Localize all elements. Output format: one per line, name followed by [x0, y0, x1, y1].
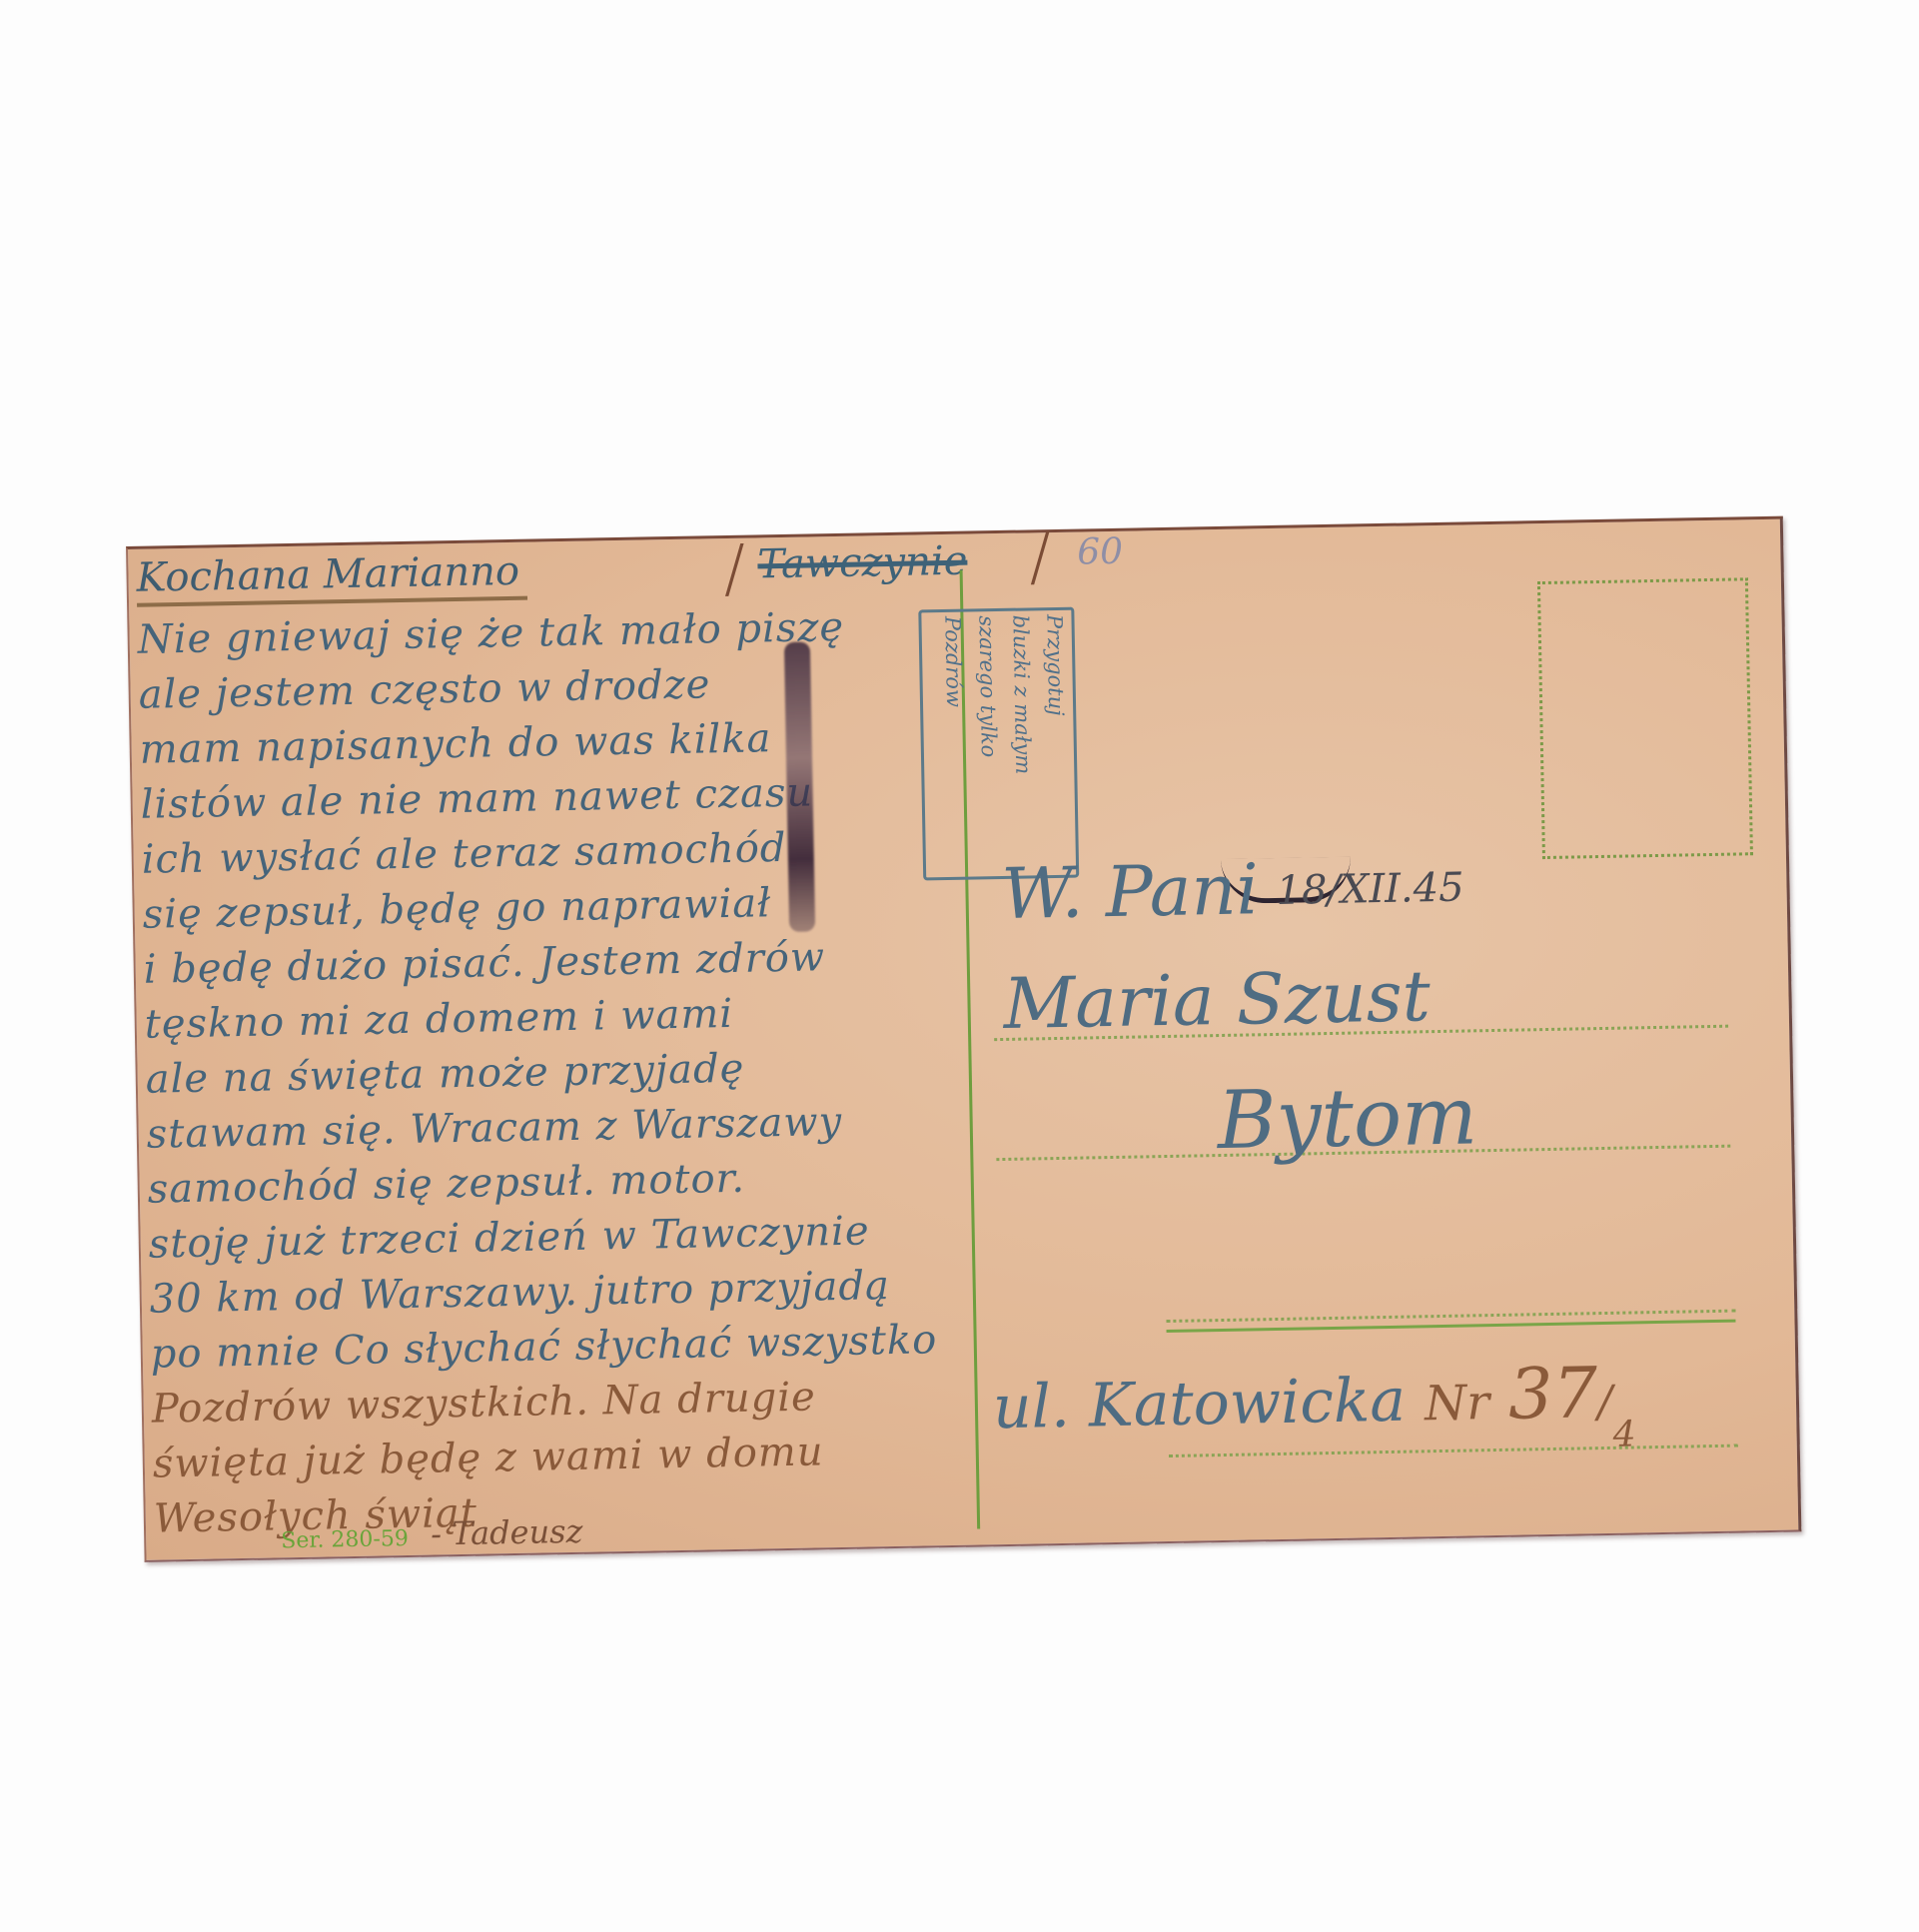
address-city-underline	[1167, 1320, 1736, 1333]
letter-line: święta już będę z wami w domu	[152, 1429, 823, 1486]
signature-name: Tadeusz	[452, 1512, 583, 1552]
crossed-out-place: Tawczynie	[757, 538, 968, 588]
letter-line: i będę dużo pisać. Jestem zdrów	[143, 934, 825, 992]
side-note-line: szarego tylko	[969, 615, 1006, 775]
greeting: Kochana Marianno	[136, 548, 527, 607]
letter-line: Nie gniewaj się że tak mało piszę	[137, 604, 844, 663]
letter-line: tęskno mi za domem i wami	[144, 991, 733, 1048]
letter-line: stoję już trzeci dzień w Tawczynie	[148, 1208, 870, 1267]
address-street-name: ul. Katowicka	[992, 1366, 1406, 1444]
slash-mark: /	[1029, 520, 1052, 594]
address-number: 37	[1507, 1352, 1598, 1436]
print-mark: Ser. 280-59	[281, 1526, 409, 1553]
postcard: Kochana Marianno / Tawczynie / 60 Nie gn…	[126, 516, 1801, 1562]
address-name: Maria Szust	[1003, 955, 1432, 1045]
letter-line: samochód się zepsuł. motor.	[147, 1156, 745, 1213]
letter-line: się zepsuł, będę go naprawiał	[142, 880, 771, 938]
letter-line: stawam się. Wracam z Warszawy	[146, 1099, 842, 1158]
letter-line: listów ale nie mam nawet czasu	[140, 769, 813, 827]
letter-line: ich wysłać ale teraz samochód	[141, 825, 786, 883]
stamp-placeholder	[1537, 577, 1753, 859]
side-note-line: bluzki z małym	[1003, 614, 1040, 774]
letter-line: mam napisanych do was kilka	[139, 715, 771, 773]
ink-smudge	[784, 641, 815, 931]
side-note-line: Pozdrów	[935, 616, 972, 776]
signature: - Tadeusz	[431, 1512, 583, 1553]
slash-mark: /	[723, 532, 746, 606]
side-note-line: Przygotuj	[1037, 614, 1074, 774]
letter-line: po mnie Co słychać słychać wszystko	[150, 1317, 937, 1377]
side-note-box: Przygotujbluzki z małymszarego tylkoPozd…	[918, 607, 1079, 881]
address-salutation: W. Pani	[1001, 848, 1260, 935]
letter-line: ale jestem często w drodze	[138, 661, 710, 717]
letter-line: Pozdrów wszystkich. Na drugie	[151, 1374, 816, 1432]
letter-line: 30 km od Warszawy. jutro przyjadą	[149, 1263, 890, 1323]
date-note: 18/XII.45	[1276, 865, 1464, 914]
page-number: 60	[1077, 531, 1124, 573]
letter-line: ale na święta może przyjadę	[145, 1046, 744, 1103]
address-city: Bytom	[1217, 1069, 1478, 1167]
side-note-text: Przygotujbluzki z małymszarego tylkoPozd…	[935, 614, 1074, 776]
address-number-label: Nr	[1425, 1375, 1490, 1432]
